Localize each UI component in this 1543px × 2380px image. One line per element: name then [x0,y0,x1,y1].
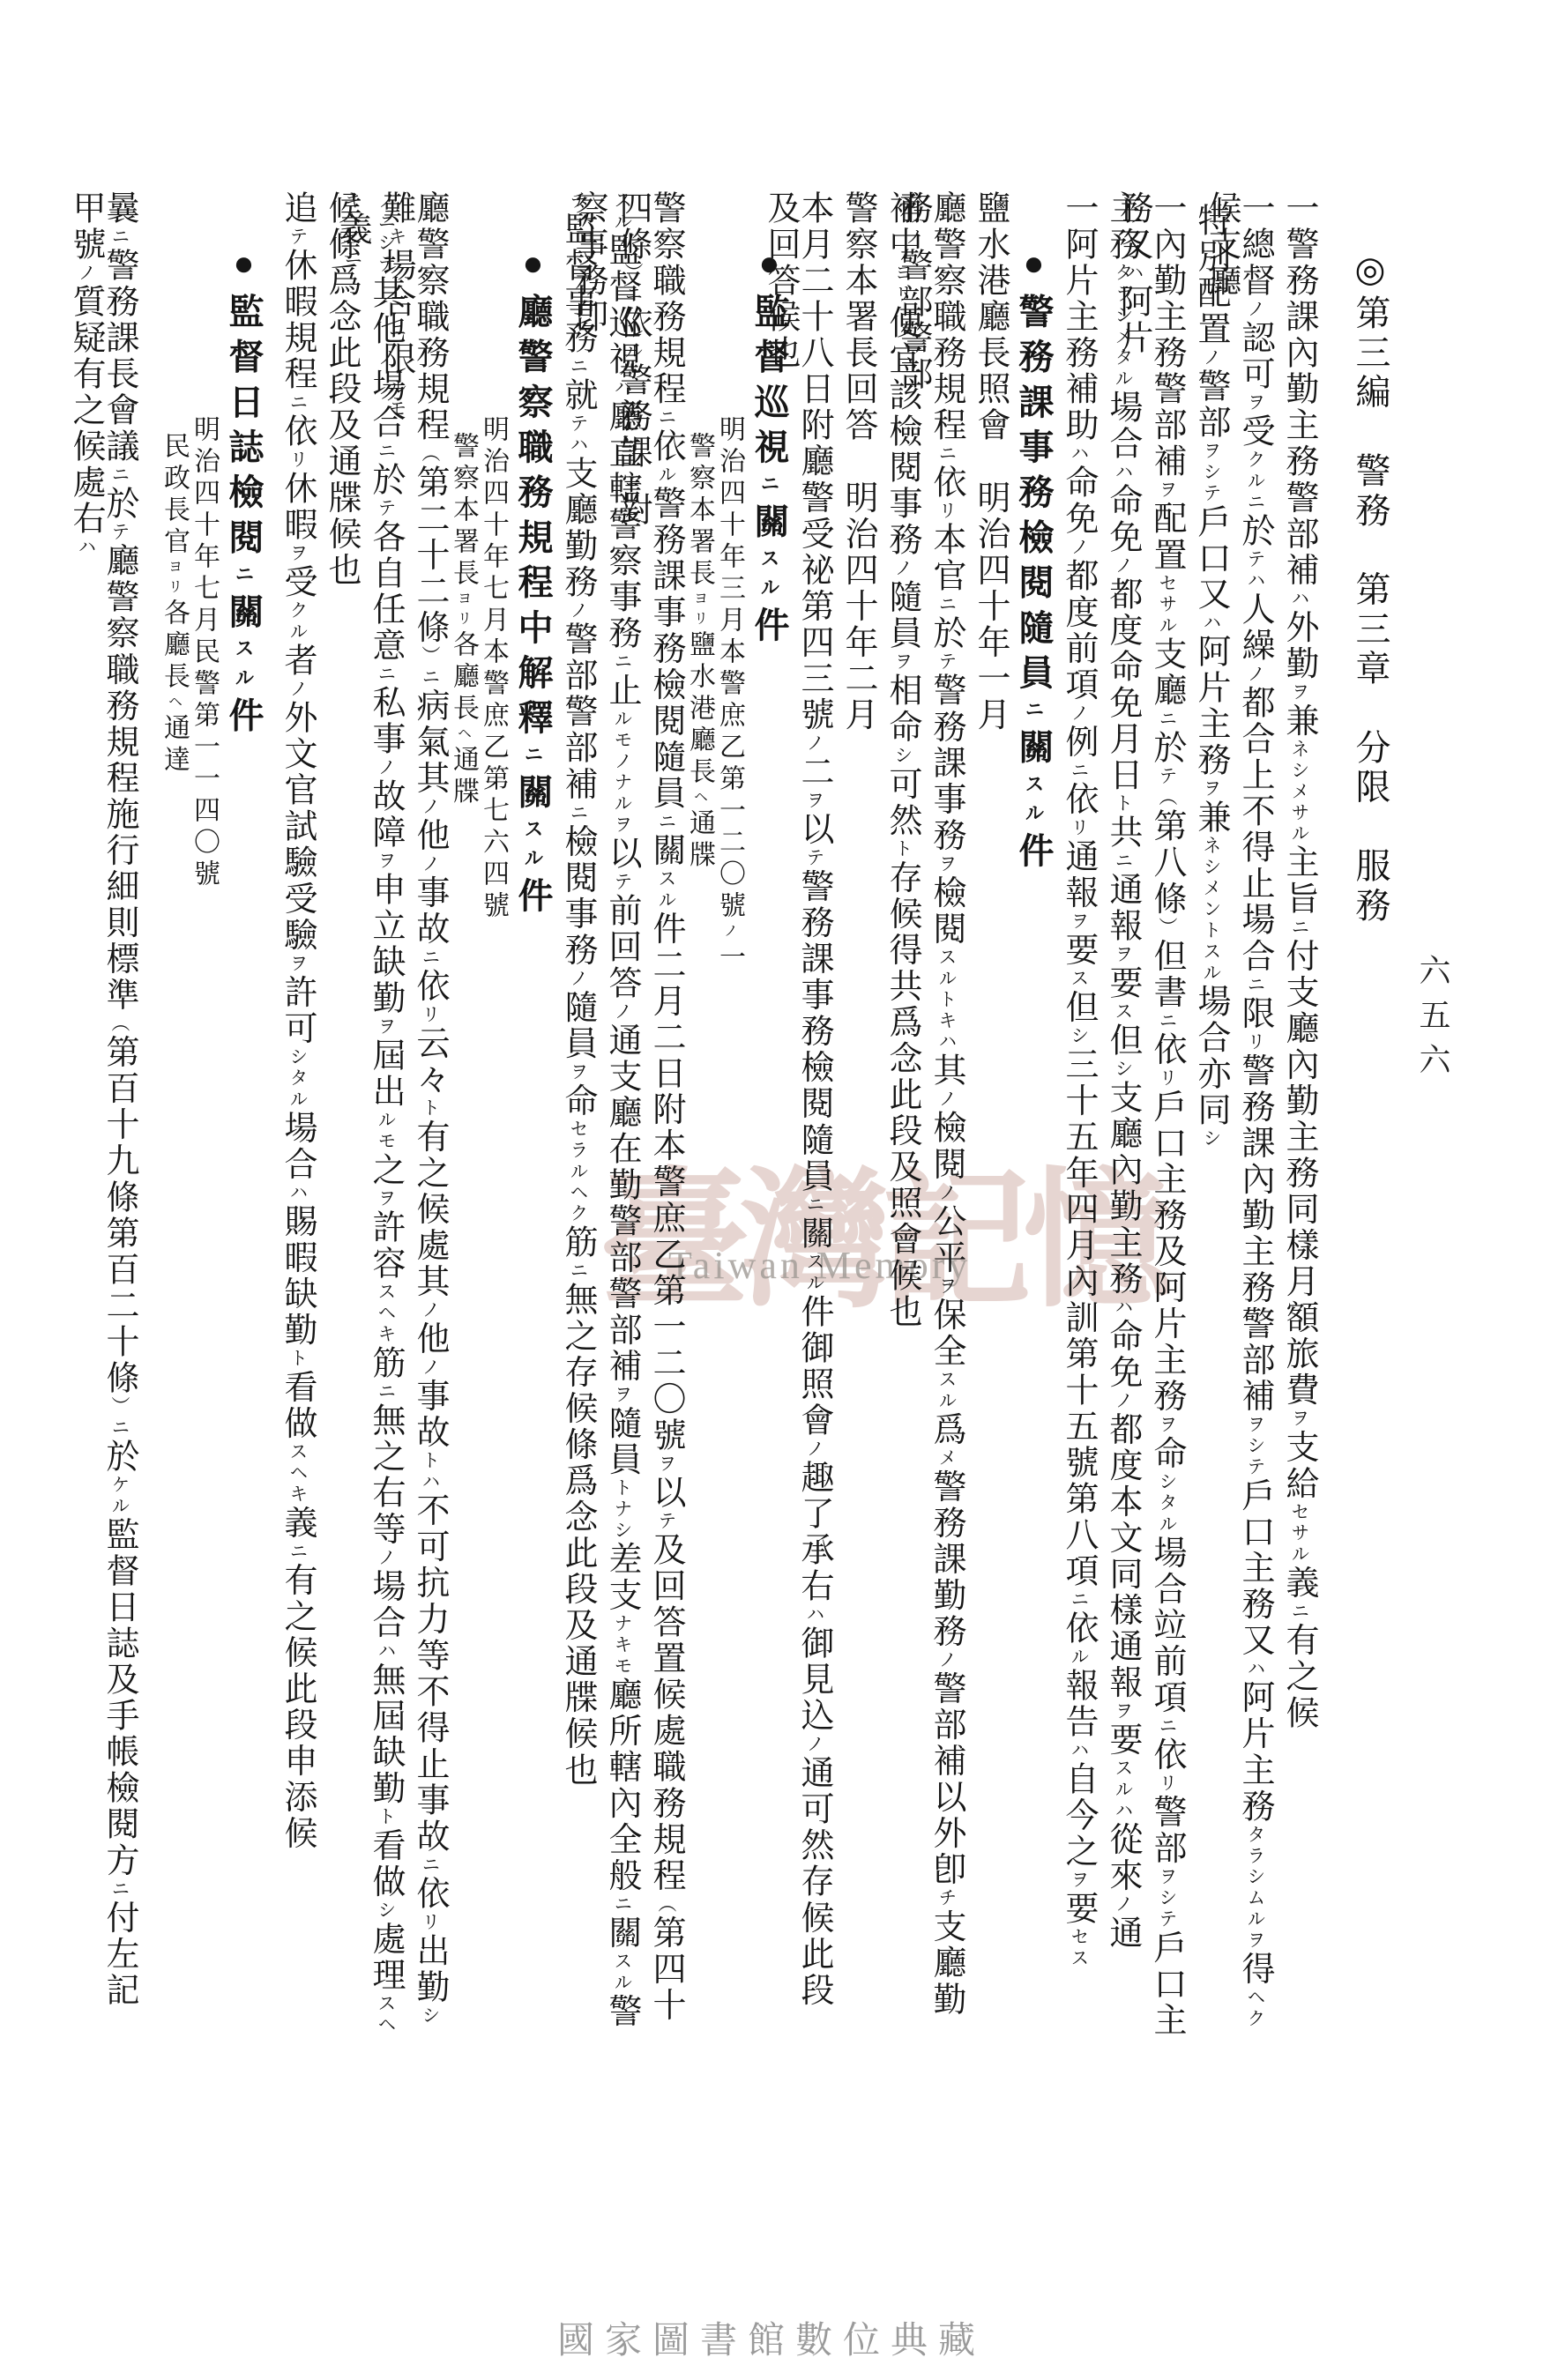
text-column-item: 廳警察職務規程（第二十二條）ニ病氣其ノ他ノ事故ニ依リ云々ト有之候處其ノ他ノ事故ト… [402,190,446,2042]
text-column-item: 一警務課內勤主務警部補ハ外勤ヲ兼ネシメサル主旨ニ付支廳內勤主務同樣月額旅費ヲ支給… [1271,190,1316,2042]
scanned-document-page: ◎第三編 警務 第三章 分限 服務 六五六 臺灣記憶 Taiwan Memory… [0,0,1543,2380]
section-header: ●監督巡視ニ關スル件 [742,190,786,2042]
document-meta: 明治四十年三月本警庶乙第一二〇號ノ一 警察本署長ヨリ鹽水港廳長ヘ通牒 [682,190,742,2042]
text-column-continuation: スル監督巡視ハ廳直轄警察事務ニ止ルモノナルヲ以テ前回答ノ通支廳在勤警部警部補ヲ隨… [594,190,638,2042]
text-column-item: 警察職務規程ニ依ル警務課事務檢閱隨員ニ關スル件二月二日附本警庶乙第一二〇號ヲ以テ… [638,190,682,2042]
document-text-block: 一警務課內勤主務警部補ハ外勤ヲ兼ネシメサル主旨ニ付支廳內勤主務同樣月額旅費ヲ支給… [92,190,1316,2042]
text-column-continuation: ノニシテ其他ノ場合ニ於テ各自任意ニ私事ノ故障ヲ申立缺勤ヲ屆出ルモ之ヲ許容スヘキ筋… [358,190,402,2042]
text-column-continuation: チ監督事務ニ就テハ支廳勤務ノ警部警部補ニ檢閱事務ノ隨員ヲ命セラルヘク筋ニ無之存候… [550,190,594,2042]
text-column-item: 曩ニ警務課長會議ニ於テ廳警察職務規程施行細則標準（第百十九條第百二十條）ニ於ケル… [92,190,136,2042]
text-column-item: 一阿片主務補助ハ命免ノ都度前項ノ例ニ依リ通報ヲ要ス但シ三十五年四月內訓第十五號第… [1051,190,1095,2042]
text-column-continuation: 主務タラシメタル場合ハ命免ノ都度命免月日ト共ニ通報ヲ要ス但シ支廳內勤主務ハ命免ノ… [1095,190,1139,2042]
document-sender: 警察本署長ヨリ鹽水港廳長ヘ通牒 [682,190,712,2042]
document-date-number: 明治四十年七月民警第一一四〇號 [187,190,217,2042]
section-header: ●廳警察職務規程中解釋ニ關スル件 [506,190,550,2042]
text-column-item: 一總督ノ認可ヲ受クルニ於テハ人繰ノ都合上不得止場合ニ限リ警務課內勤主務警部補ヲシ… [1227,190,1271,2042]
page-number: 六五六 [1411,954,1456,1087]
document-meta: 明治四十年七月民警第一一四〇號 民政長官ヨリ各廳長ヘ通達 [157,190,217,2042]
section-header: ●監督日誌檢閱ニ關スル件 [217,190,261,2042]
library-footer: 國家圖書館數位典藏 [0,2311,1543,2364]
correspondence-subhead: 警察本署長回答 明治四十年二月 [831,190,875,2042]
document-sender: 民政長官ヨリ各廳長ヘ通達 [157,190,187,2042]
text-column-continuation: 候條爲念此段及通牒候也 [314,190,358,2042]
document-meta: 明治四十年七月本警庶乙第七六四號 警察本署長ヨリ各廳長ヘ通牒 [446,190,506,2042]
chapter-header: ◎第三編 警務 第三章 分限 服務 [1345,249,1396,926]
text-column-continuation: 補中ヨリ便宜該檢閱事務ノ隨員ヲ相命シ可然ト存候得共爲念此段及照會候也 [875,190,919,2042]
document-date-number: 明治四十年三月本警庶乙第一二〇號ノ一 [712,190,742,2042]
document-date-number: 明治四十年七月本警庶乙第七六四號 [476,190,506,2042]
text-column-item: 廳警察職務規程ニ依リ本官ニ於テ警務課事務ヲ檢閱スルトキハ其ノ檢閱ノ公平ヲ保全スル… [919,190,963,2042]
document-sender: 警察本署長ヨリ各廳長ヘ通牒 [446,190,476,2042]
text-column-item: 一內勤主務警部補ヲ配置セサル支廳ニ於テ（第八條）但書ニ依リ戶口主務及阿片主務ヲ命… [1139,190,1183,2042]
text-column-item: 本月二十八日附廳警受祕第四三號ノ二ヲ以テ警務課事務檢閱隨員ニ關スル件御照會ノ趣了… [786,190,831,2042]
text-column-postscript: 追テ休暇規程ニ依リ休暇ヲ受クル者ノ外文官試驗受驗ヲ許可シタル場合ハ賜暇缺勤ト看做… [270,190,314,2042]
section-header: ●警務課事務檢閱隨員ニ關スル件 [1007,190,1051,2042]
correspondence-subhead: 鹽水港廳長照會 明治四十年一月 [963,190,1007,2042]
text-column-continuation: 特別配置ノ警部ヲシテ戶口又ハ阿片主務ヲ兼ネシメントスル場合亦同シ [1183,190,1227,2042]
